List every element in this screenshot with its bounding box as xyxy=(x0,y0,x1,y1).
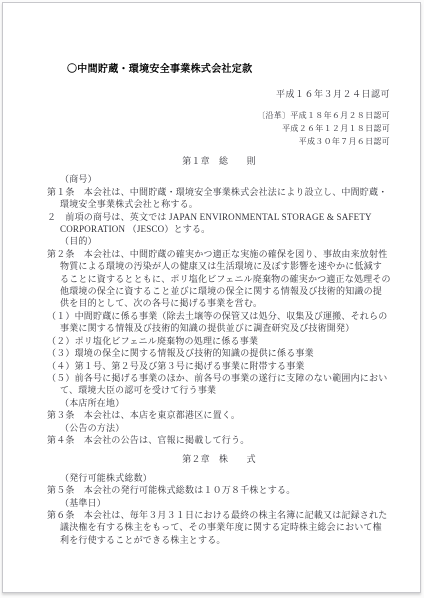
article-paragraph: 第１条 本会社は、中間貯蔵・環境安全事業株式会社法により設立し、中間貯蔵・環境安… xyxy=(47,186,391,211)
article-paragraph: 第６条 本会社は、毎年３月３１日における最終の株主名簿に記載又は記録された議決権… xyxy=(47,509,391,546)
article-caption: （基準日） xyxy=(60,497,391,509)
article-paragraph: 第２条 本会社は、中間貯蔵の確実かつ適正な実施の確保を図り、事故由来放射性物質に… xyxy=(47,248,391,310)
article-caption: （本店所在地） xyxy=(60,397,391,409)
revision-line: 平成３０年７月６日認可 xyxy=(3,135,390,148)
article-paragraph: 第４条 本会社の公告は、官報に掲載して行う。 xyxy=(47,434,391,446)
revision-history: 〔沿革〕平成１８年６月２８日認可平成２６年１２月１８日認可平成３０年７月６日認可 xyxy=(3,109,390,148)
chapter-heading: 第２章 株 式 xyxy=(47,453,391,465)
article-paragraph: 第５条 本会社の発行可能株式総数は１０万８千株とする。 xyxy=(47,484,391,496)
document-title: 〇中間貯蔵・環境安全事業株式会社定款 xyxy=(67,60,392,75)
list-item: （４）第１号、第２号及び第３号に掲げる事業に附帯する事業 xyxy=(47,360,391,372)
article-caption: （発行可能株式総数） xyxy=(60,472,391,484)
approval-date: 平成１６年３月２４日認可 xyxy=(3,87,390,100)
article-paragraph: ２ 前項の商号は、英文では JAPAN ENVIRONMENTAL STORAG… xyxy=(47,211,391,236)
list-item: （５）前各号に掲げる事業のほか、前各号の事業の遂行に支障のない範囲内において、環… xyxy=(47,372,391,397)
list-item: （３）環境の保全に関する情報及び技術的知識の提供に係る事業 xyxy=(47,347,391,359)
article-caption: （公告の方法） xyxy=(60,422,391,434)
revision-line: 平成２６年１２月１８日認可 xyxy=(3,122,390,135)
list-item: （１）中間貯蔵に係る事業（除去土壌等の保管又は処分、収集及び運搬、それらの事業に… xyxy=(47,310,391,335)
document-page: 〇中間貯蔵・環境安全事業株式会社定款 平成１６年３月２４日認可 〔沿革〕平成１８… xyxy=(2,2,421,593)
document-body: 第１章 総 則（商号）第１条 本会社は、中間貯蔵・環境安全事業株式会社法により設… xyxy=(47,155,391,546)
chapter-heading: 第１章 総 則 xyxy=(47,155,391,167)
article-caption: （商号） xyxy=(60,173,391,185)
revision-line: 〔沿革〕平成１８年６月２８日認可 xyxy=(3,109,390,122)
list-item: （２）ポリ塩化ビフェニル廃棄物の処理に係る事業 xyxy=(47,335,391,347)
article-caption: （目的） xyxy=(60,235,391,247)
article-paragraph: 第３条 本会社は、本店を東京都港区に置く。 xyxy=(47,409,391,421)
